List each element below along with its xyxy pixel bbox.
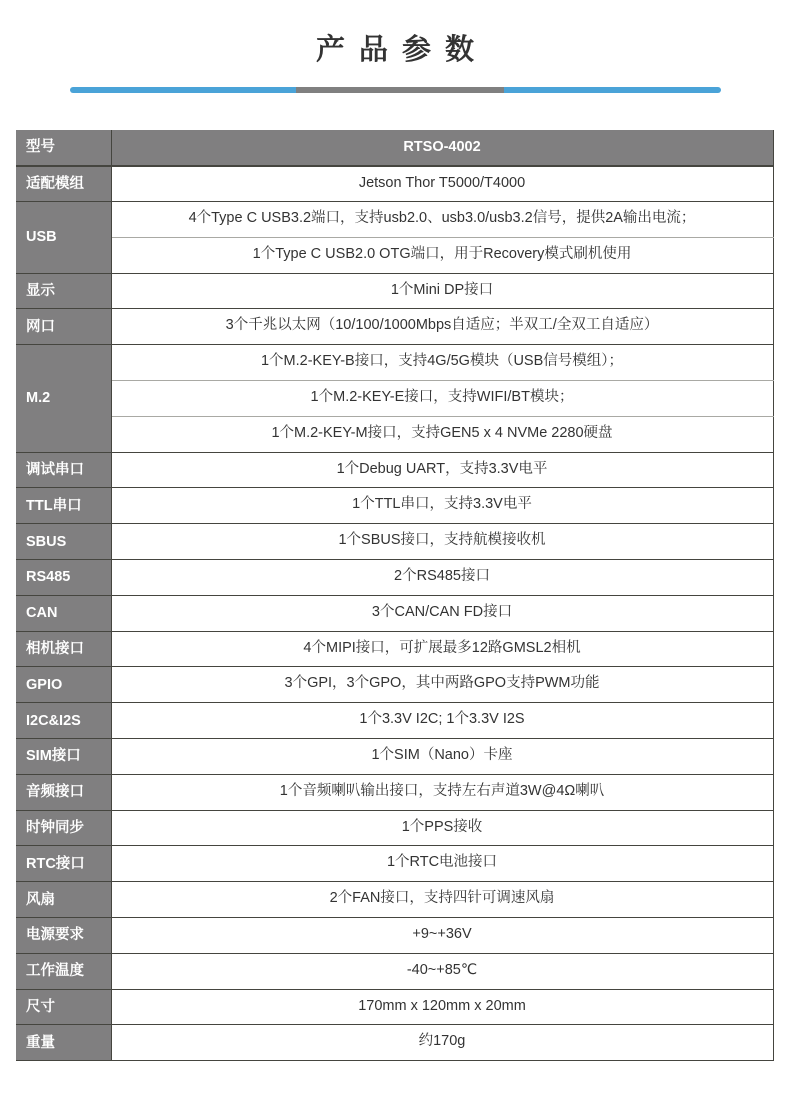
row-value: 1个M.2-KEY-E接口，支持WIFI/BT模块； bbox=[111, 381, 773, 417]
row-label: 工作温度 bbox=[16, 953, 111, 989]
table-row: 尺寸170mm x 120mm x 20mm bbox=[16, 989, 773, 1025]
table-row: 风扇2个FAN接口，支持四针可调速风扇 bbox=[16, 882, 773, 918]
table-row: 1个M.2-KEY-E接口，支持WIFI/BT模块； bbox=[16, 381, 773, 417]
table-row: CAN3个CAN/CAN FD接口 bbox=[16, 595, 773, 631]
row-label: M.2 bbox=[16, 345, 111, 452]
row-label: GPIO bbox=[16, 667, 111, 703]
row-value: 1个3.3V I2C; 1个3.3V I2S bbox=[111, 703, 773, 739]
row-value: 1个Mini DP接口 bbox=[111, 273, 773, 309]
row-label: 音频接口 bbox=[16, 774, 111, 810]
table-row: 电源要求+9~+36V bbox=[16, 918, 773, 954]
row-value: 3个GPI，3个GPO，其中两路GPO支持PWM功能 bbox=[111, 667, 773, 703]
table-row: 重量约170g bbox=[16, 1025, 773, 1061]
table-row: 调试串口1个Debug UART，支持3.3V电平 bbox=[16, 452, 773, 488]
row-label: 网口 bbox=[16, 309, 111, 345]
row-label: 时钟同步 bbox=[16, 810, 111, 846]
table-row: M.21个M.2-KEY-B接口，支持4G/5G模块（USB信号模组）； bbox=[16, 345, 773, 381]
row-label: 调试串口 bbox=[16, 452, 111, 488]
table-row: USB4个Type C USB3.2端口，支持usb2.0、usb3.0/usb… bbox=[16, 202, 773, 238]
row-label: I2C&I2S bbox=[16, 703, 111, 739]
row-value: 2个FAN接口，支持四针可调速风扇 bbox=[111, 882, 773, 918]
row-value: -40~+85℃ bbox=[111, 953, 773, 989]
title-underline-bar bbox=[70, 87, 721, 93]
row-label: 显示 bbox=[16, 273, 111, 309]
table-row: RS4852个RS485接口 bbox=[16, 560, 773, 596]
table-row: 适配模组Jetson Thor T5000/T4000 bbox=[16, 166, 773, 202]
row-value: 1个M.2-KEY-B接口，支持4G/5G模块（USB信号模组）； bbox=[111, 345, 773, 381]
row-label: SBUS bbox=[16, 524, 111, 560]
header-label-model: 型号 bbox=[16, 130, 111, 166]
row-value: 1个音频喇叭输出接口，支持左右声道3W@4Ω喇叭 bbox=[111, 774, 773, 810]
row-label: RTC接口 bbox=[16, 846, 111, 882]
row-value: 2个RS485接口 bbox=[111, 560, 773, 596]
row-value: 1个RTC电池接口 bbox=[111, 846, 773, 882]
table-row: 1个M.2-KEY-M接口，支持GEN5 x 4 NVMe 2280硬盘 bbox=[16, 416, 773, 452]
table-row: TTL串口1个TTL串口，支持3.3V电平 bbox=[16, 488, 773, 524]
table-row: SBUS1个SBUS接口，支持航模接收机 bbox=[16, 524, 773, 560]
table-row: 网口3个千兆以太网（10/100/1000Mbps自适应；半双工/全双工自适应） bbox=[16, 309, 773, 345]
row-label: 电源要求 bbox=[16, 918, 111, 954]
header-value-model: RTSO-4002 bbox=[111, 130, 773, 166]
table-row: 1个Type C USB2.0 OTG端口，用于Recovery模式刷机使用 bbox=[16, 237, 773, 273]
page-title: 产品参数 bbox=[0, 30, 790, 70]
table-row: 工作温度-40~+85℃ bbox=[16, 953, 773, 989]
row-value: 1个Type C USB2.0 OTG端口，用于Recovery模式刷机使用 bbox=[111, 237, 773, 273]
row-value: 170mm x 120mm x 20mm bbox=[111, 989, 773, 1025]
title-bar-right-segment bbox=[504, 87, 721, 93]
row-value: 3个CAN/CAN FD接口 bbox=[111, 595, 773, 631]
row-label: SIM接口 bbox=[16, 739, 111, 775]
table-row: 相机接口4个MIPI接口，可扩展最多12路GMSL2相机 bbox=[16, 631, 773, 667]
title-bar-middle-segment bbox=[296, 87, 504, 93]
row-value: 4个Type C USB3.2端口，支持usb2.0、usb3.0/usb3.2… bbox=[111, 202, 773, 238]
row-value: 3个千兆以太网（10/100/1000Mbps自适应；半双工/全双工自适应） bbox=[111, 309, 773, 345]
row-label: 尺寸 bbox=[16, 989, 111, 1025]
spec-table-body: 型号 RTSO-4002 适配模组Jetson Thor T5000/T4000… bbox=[16, 130, 773, 1061]
table-row: GPIO3个GPI，3个GPO，其中两路GPO支持PWM功能 bbox=[16, 667, 773, 703]
row-value: 1个TTL串口，支持3.3V电平 bbox=[111, 488, 773, 524]
row-label: RS485 bbox=[16, 560, 111, 596]
row-label: 风扇 bbox=[16, 882, 111, 918]
row-label: USB bbox=[16, 202, 111, 274]
row-label: 适配模组 bbox=[16, 166, 111, 202]
row-value: 1个SBUS接口，支持航模接收机 bbox=[111, 524, 773, 560]
table-header-row: 型号 RTSO-4002 bbox=[16, 130, 773, 166]
row-value: +9~+36V bbox=[111, 918, 773, 954]
row-value: 1个Debug UART，支持3.3V电平 bbox=[111, 452, 773, 488]
table-row: 时钟同步1个PPS接收 bbox=[16, 810, 773, 846]
row-label: 相机接口 bbox=[16, 631, 111, 667]
title-bar-left-segment bbox=[70, 87, 296, 93]
table-row: SIM接口1个SIM（Nano）卡座 bbox=[16, 739, 773, 775]
row-label: TTL串口 bbox=[16, 488, 111, 524]
table-row: I2C&I2S1个3.3V I2C; 1个3.3V I2S bbox=[16, 703, 773, 739]
spec-table: 型号 RTSO-4002 适配模组Jetson Thor T5000/T4000… bbox=[16, 130, 774, 1061]
row-value: 1个PPS接收 bbox=[111, 810, 773, 846]
row-label: CAN bbox=[16, 595, 111, 631]
table-row: 音频接口1个音频喇叭输出接口，支持左右声道3W@4Ω喇叭 bbox=[16, 774, 773, 810]
row-value: 约170g bbox=[111, 1025, 773, 1061]
row-value: 1个M.2-KEY-M接口，支持GEN5 x 4 NVMe 2280硬盘 bbox=[111, 416, 773, 452]
table-row: RTC接口1个RTC电池接口 bbox=[16, 846, 773, 882]
row-value: 4个MIPI接口，可扩展最多12路GMSL2相机 bbox=[111, 631, 773, 667]
row-label: 重量 bbox=[16, 1025, 111, 1061]
table-row: 显示1个Mini DP接口 bbox=[16, 273, 773, 309]
row-value: 1个SIM（Nano）卡座 bbox=[111, 739, 773, 775]
row-value: Jetson Thor T5000/T4000 bbox=[111, 166, 773, 202]
